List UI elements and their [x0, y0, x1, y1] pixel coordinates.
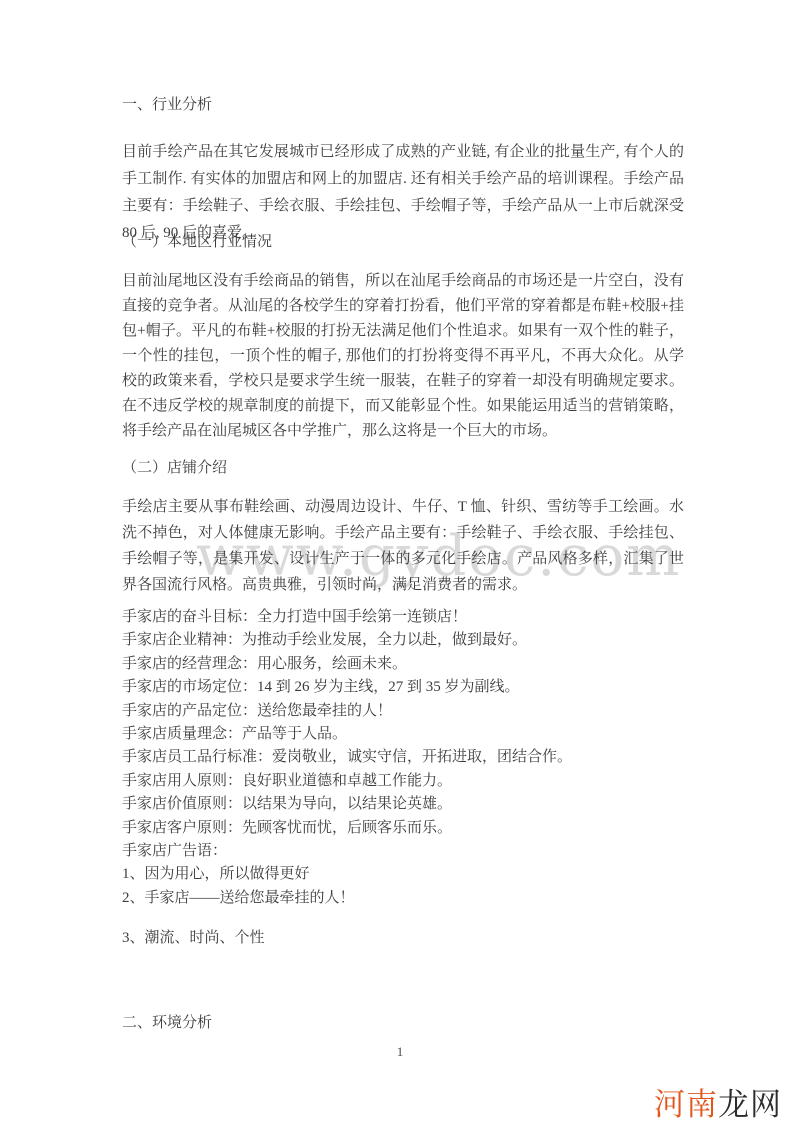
store-credo-list: 手家店的奋斗目标：全力打造中国手绘第一连锁店！ 手家店企业精神：为推动手绘业发展… [122, 606, 684, 910]
document-page: www.gydoc.com 一、行业分析 目前手绘产品在其它发展城市已经形成了成… [0, 0, 800, 1132]
paragraph-shop-description: 手绘店主要从事布鞋绘画、动漫周边设计、牛仔、T 恤、针织、雪纺等手工绘画。水洗不… [122, 494, 684, 598]
site-logo-henanlongwang[interactable]: 河南龙网 [654, 1079, 782, 1124]
site-logo-secondary-text: 龙网 [718, 1087, 782, 1122]
credo-philosophy: 手家店的经营理念：用心服务，绘画未来。 [122, 653, 684, 676]
page-number: 1 [0, 1044, 800, 1060]
credo-value-principle: 手家店价值原则：以结果为导向，以结果论英雄。 [122, 793, 684, 816]
heading-environment-analysis: 二、环境分析 [122, 1013, 684, 1033]
credo-spirit: 手家店企业精神：为推动手绘业发展，全力以赴，做到最好。 [122, 629, 684, 652]
slogan-3: 3、潮流、时尚、个性 [122, 928, 684, 948]
credo-hiring-principle: 手家店用人原则：良好职业道德和卓越工作能力。 [122, 770, 684, 793]
site-logo-primary-text: 河南 [654, 1087, 718, 1122]
credo-goal: 手家店的奋斗目标：全力打造中国手绘第一连锁店！ [122, 606, 684, 629]
heading-local-industry: （一）本地区行业情况 [122, 232, 684, 252]
slogan-2: 2、手家店——送给您最牵挂的人！ [122, 887, 684, 910]
credo-quality: 手家店质量理念：产品等于人品。 [122, 723, 684, 746]
credo-customer-principle: 手家店客户原则：先顾客忧而忧，后顾客乐而乐。 [122, 817, 684, 840]
credo-market-positioning: 手家店的市场定位：14 到 26 岁为主线，27 到 35 岁为副线。 [122, 676, 684, 699]
heading-industry-analysis: 一、行业分析 [122, 95, 684, 115]
paragraph-industry-overview: 目前手绘产品在其它发展城市已经形成了成熟的产业链, 有企业的批量生产, 有个人的… [122, 139, 684, 247]
credo-slogan-label: 手家店广告语： [122, 840, 684, 863]
heading-shop-introduction: （二）店铺介绍 [122, 458, 684, 478]
slogan-1: 1、因为用心，所以做得更好 [122, 863, 684, 886]
credo-staff-standard: 手家店员工品行标准：爱岗敬业，诚实守信，开拓进取，团结合作。 [122, 746, 684, 769]
paragraph-local-market: 目前汕尾地区没有手绘商品的销售，所以在汕尾手绘商品的市场还是一片空白，没有直接的… [122, 269, 684, 444]
credo-product-positioning: 手家店的产品定位：送给您最牵挂的人！ [122, 700, 684, 723]
